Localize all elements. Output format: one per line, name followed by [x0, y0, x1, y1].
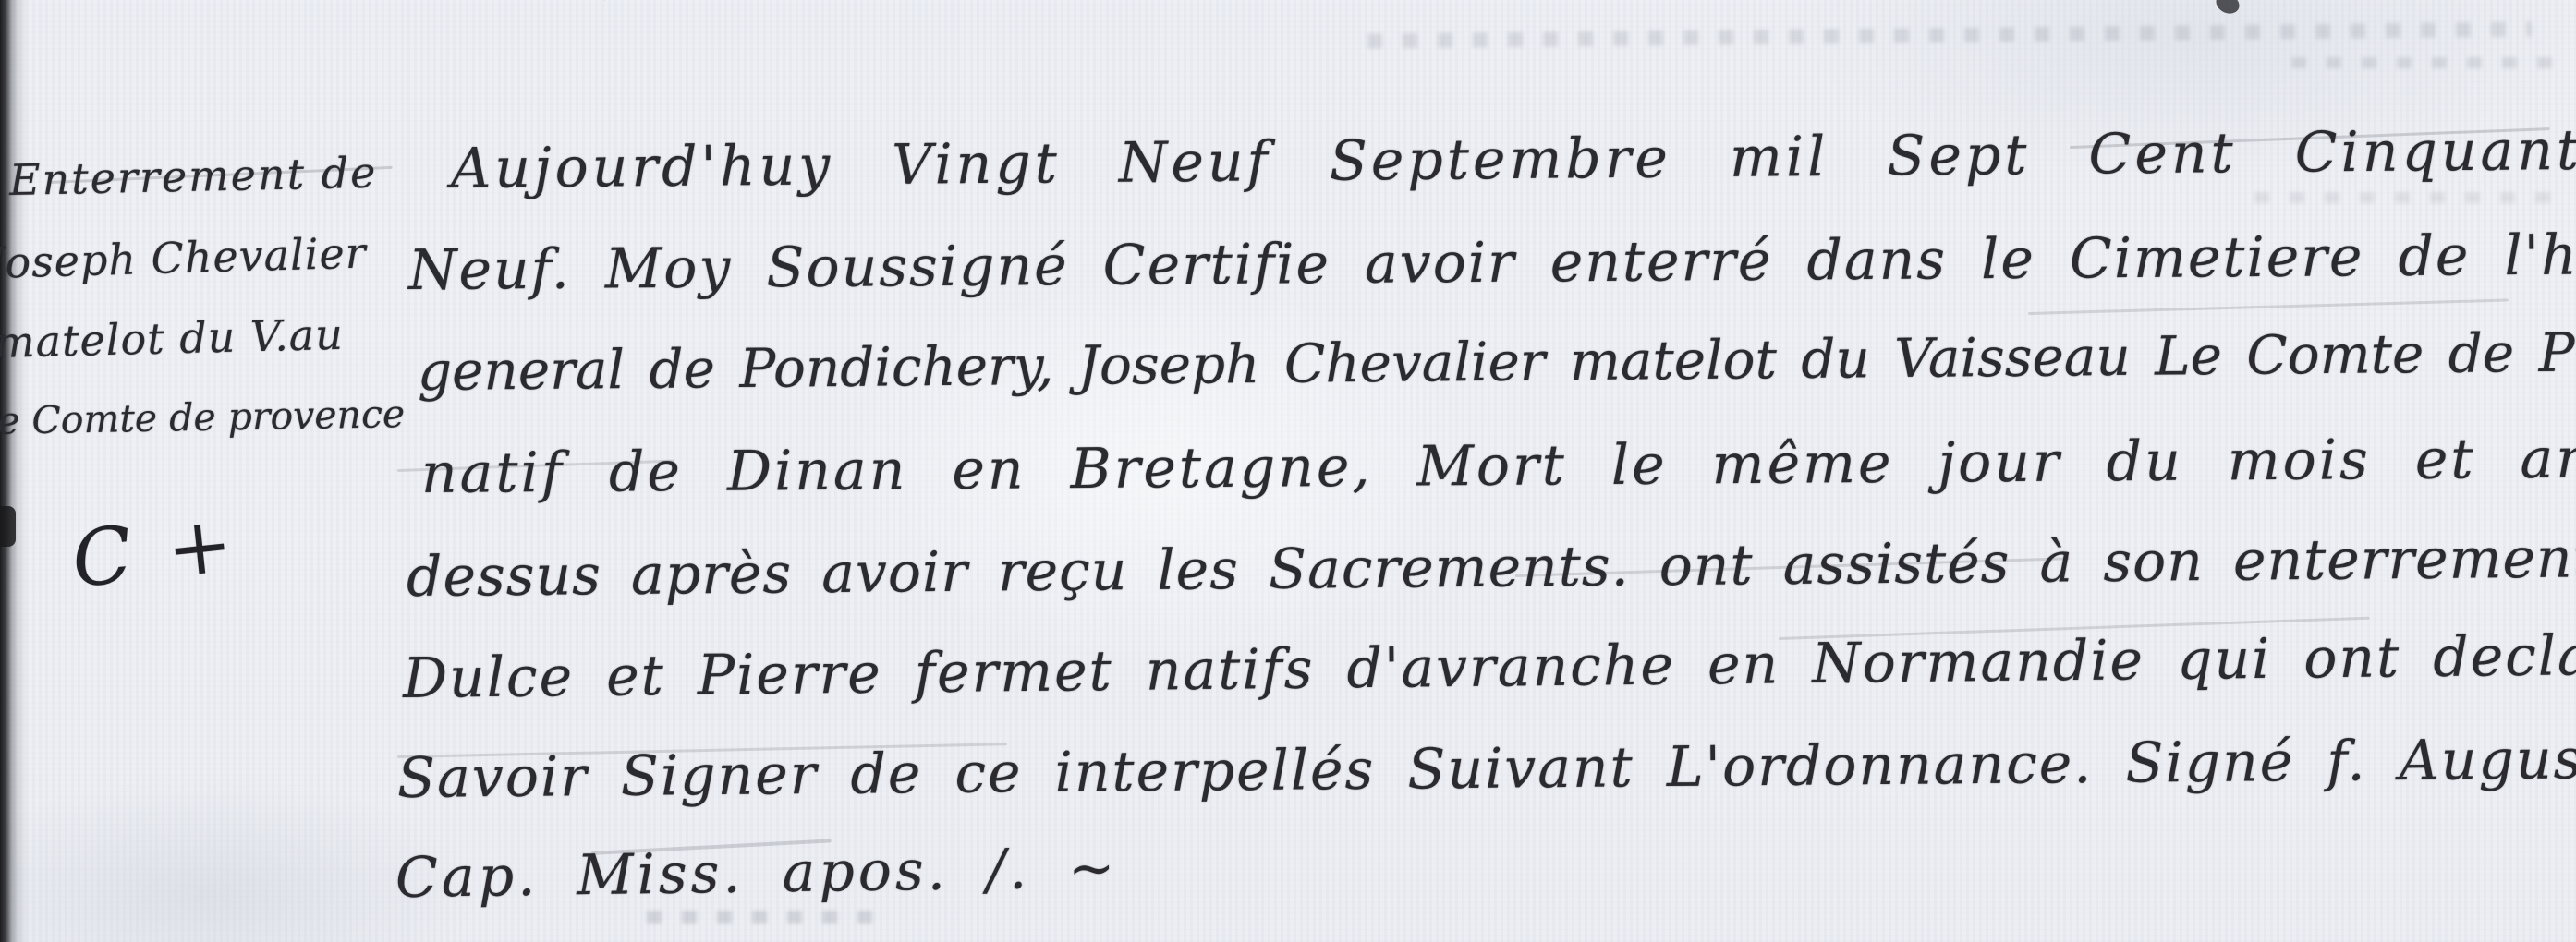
margin-line: Enterrement de	[8, 148, 377, 205]
scan-edge-mark	[0, 506, 16, 547]
ink-bleedthrough	[2291, 57, 2569, 68]
ink-bleedthrough	[647, 911, 887, 924]
margin-line: matelot du V.au	[0, 309, 344, 368]
ink-bleedthrough	[2254, 192, 2559, 203]
margin-cross-mark: C +	[67, 498, 242, 605]
margin-line: le Comte de provence	[0, 392, 406, 443]
act-text-line: Cap. Miss. apos. /. ~	[395, 836, 1119, 911]
scan-binding-edge	[0, 0, 28, 942]
scanned-register-scan: { "document": { "kind_label": "Registre …	[0, 0, 2576, 942]
margin-line: Joseph Chevalier	[0, 228, 367, 288]
